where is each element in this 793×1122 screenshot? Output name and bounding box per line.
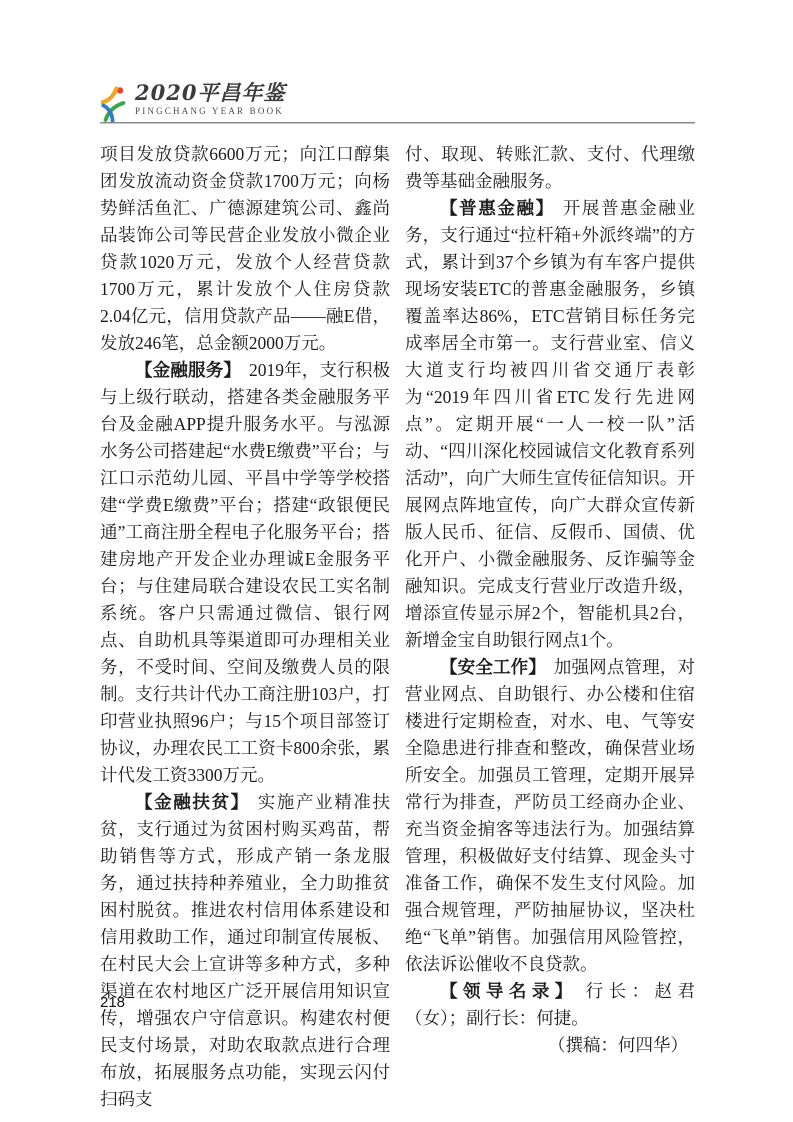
entry-header-financial-services: 【金融服务】 bbox=[135, 360, 249, 380]
entry-inclusive-finance: 【普惠金融】开展普惠金融业务，支行通过“拉杆箱+外派终端”的方式，累计到37个乡… bbox=[405, 195, 695, 654]
entry-text: 2019年，支行积极与上级行联动，搭建各类金融服务平台及金融APP提升服务水平。… bbox=[100, 360, 390, 785]
entry-header-leadership-roster: 【领导名录】 bbox=[440, 981, 586, 1001]
page-number: 218 bbox=[100, 994, 125, 1011]
logo-text: 2020平昌年鉴 PINGCHANG YEAR BOOK bbox=[135, 82, 285, 116]
logo-title: 2020平昌年鉴 bbox=[135, 82, 285, 104]
entry-financial-services: 【金融服务】2019年，支行积极与上级行联动，搭建各类金融服务平台及金融APP提… bbox=[100, 357, 390, 789]
author-byline: （撰稿：何四华） bbox=[405, 1032, 695, 1059]
paragraph-continuation: 付、取现、转账汇款、支付、代理缴费等基础金融服务。 bbox=[405, 141, 695, 195]
entry-header-inclusive-finance: 【普惠金融】 bbox=[440, 198, 563, 218]
paragraph-continuation: 项目发放贷款6600万元；向江口醇集团发放流动资金贷款1700万元；向杨势鲜活鱼… bbox=[100, 141, 390, 357]
yearbook-page: 2020平昌年鉴 PINGCHANG YEAR BOOK 项目发放贷款6600万… bbox=[0, 0, 793, 1122]
page-header: 2020平昌年鉴 PINGCHANG YEAR BOOK bbox=[100, 82, 695, 124]
entry-header-financial-poverty-alleviation: 【金融扶贫】 bbox=[135, 792, 258, 812]
logo: 2020平昌年鉴 PINGCHANG YEAR BOOK bbox=[100, 82, 695, 124]
logo-subtitle: PINGCHANG YEAR BOOK bbox=[135, 106, 285, 116]
entry-text: 实施产业精准扶贫，支行通过为贫困村购买鸡苗，帮助销售等方式，形成产销一条龙服务，… bbox=[100, 792, 390, 1109]
article-body: 项目发放贷款6600万元；向江口醇集团发放流动资金贷款1700万元；向杨势鲜活鱼… bbox=[100, 141, 695, 1113]
header-divider bbox=[100, 122, 695, 124]
entry-text: 开展普惠金融业务，支行通过“拉杆箱+外派终端”的方式，累计到37个乡镇为有车客户… bbox=[405, 198, 695, 650]
entry-header-safety-work: 【安全工作】 bbox=[440, 657, 554, 677]
left-column: 项目发放贷款6600万元；向江口醇集团发放流动资金贷款1700万元；向杨势鲜活鱼… bbox=[100, 141, 390, 1113]
leaping-figure-icon bbox=[100, 84, 128, 124]
entry-safety-work: 【安全工作】加强网点管理，对营业网点、自助银行、办公楼和住宿楼进行定期检查，对水… bbox=[405, 654, 695, 978]
entry-leadership-roster: 【领导名录】行长：赵君（女）；副行长：何捷。 bbox=[405, 978, 695, 1032]
entry-text: 加强网点管理，对营业网点、自助银行、办公楼和住宿楼进行定期检查，对水、电、气等安… bbox=[405, 657, 695, 974]
right-column: 付、取现、转账汇款、支付、代理缴费等基础金融服务。 【普惠金融】开展普惠金融业务… bbox=[405, 141, 695, 1113]
entry-financial-poverty-alleviation: 【金融扶贫】实施产业精准扶贫，支行通过为贫困村购买鸡苗，帮助销售等方式，形成产销… bbox=[100, 789, 390, 1113]
